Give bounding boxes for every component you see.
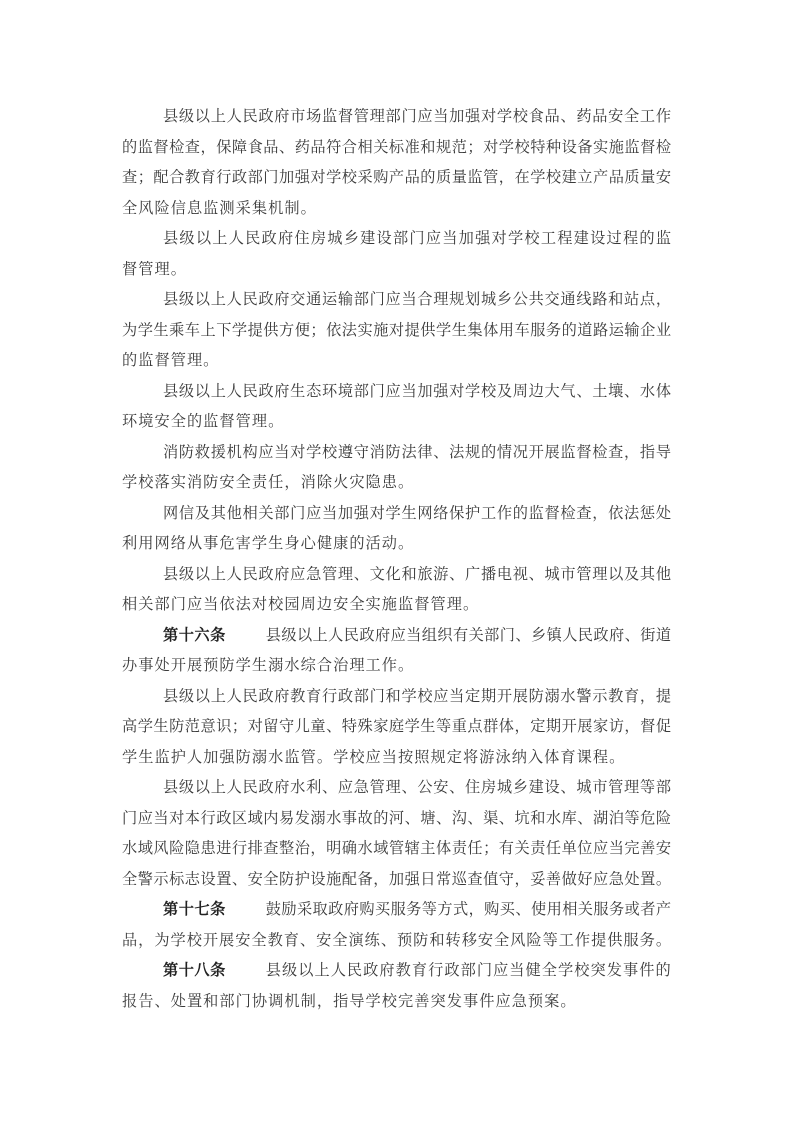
article-16-line-2: 办事处开展预防学生溺水综合治理工作。 [122,653,671,677]
article-number: 第十八条 [163,958,226,982]
article-18-line-1: 第十八条 县级以上人民政府教育行政部门应当健全学校突发事件的 [163,958,671,982]
paragraph-10-line-1: 县级以上人民政府水利、应急管理、公安、住房城乡建设、城市管理等部 [163,775,671,799]
article-number: 第十六条 [163,623,226,647]
paragraph-2-line-2: 督管理。 [122,257,671,281]
paragraph-1-line-4: 全风险信息监测采集机制。 [122,196,671,220]
paragraph-1-line-3: 查；配合教育行政部门加强对学校采购产品的质量监管，在学校建立产品质量安 [122,165,671,189]
paragraph-3-line-1: 县级以上人民政府交通运输部门应当合理规划城乡公共交通线路和站点， [163,287,671,311]
article-17-line-2: 品，为学校开展安全教育、安全演练、预防和转移安全风险等工作提供服务。 [122,928,671,952]
paragraph-9-line-1: 县级以上人民政府教育行政部门和学校应当定期开展防溺水警示教育，提 [163,684,671,708]
paragraph-10-line-2: 门应当对本行政区域内易发溺水事故的河、塘、沟、渠、坑和水库、湖泊等危险 [122,806,671,830]
paragraph-6-line-2: 利用网络从事危害学生身心健康的活动。 [122,531,671,555]
article-16-line-1: 第十六条 县级以上人民政府应当组织有关部门、乡镇人民政府、街道 [163,623,671,647]
paragraph-9-line-3: 学生监护人加强防溺水监管。学校应当按照规定将游泳纳入体育课程。 [122,745,671,769]
paragraph-3-line-2: 为学生乘车上下学提供方便；依法实施对提供学生集体用车服务的道路运输企业 [122,318,671,342]
paragraph-10-line-3: 水域风险隐患进行排查整治，明确水域管辖主体责任；有关责任单位应当完善安 [122,836,671,860]
article-17-line-1: 第十七条 鼓励采取政府购买服务等方式，购买、使用相关服务或者产 [163,897,671,921]
paragraph-5-line-2: 学校落实消防安全责任，消除火灾隐患。 [122,470,671,494]
article-17-text: 鼓励采取政府购买服务等方式，购买、使用相关服务或者产 [266,897,671,921]
paragraph-5-line-1: 消防救援机构应当对学校遵守消防法律、法规的情况开展监督检查，指导 [163,440,671,464]
paragraph-10-line-4: 全警示标志设置、安全防护设施配备，加强日常巡查值守，妥善做好应急处置。 [122,867,671,891]
document-page: 县级以上人民政府市场监督管理部门应当加强对学校食品、药品安全工作 的监督检查，保… [0,0,793,1122]
article-16-text: 县级以上人民政府应当组织有关部门、乡镇人民政府、街道 [266,623,671,647]
paragraph-4-line-1: 县级以上人民政府生态环境部门应当加强对学校及周边大气、土壤、水体 [163,379,671,403]
paragraph-1-line-1: 县级以上人民政府市场监督管理部门应当加强对学校食品、药品安全工作 [163,104,671,128]
paragraph-1-line-2: 的监督检查，保障食品、药品符合相关标准和规范；对学校特种设备实施监督检 [122,135,671,159]
paragraph-7-line-2: 相关部门应当依法对校园周边安全实施监督管理。 [122,592,671,616]
paragraph-3-line-3: 的监督管理。 [122,348,671,372]
paragraph-2-line-1: 县级以上人民政府住房城乡建设部门应当加强对学校工程建设过程的监 [163,226,671,250]
article-18-line-2: 报告、处置和部门协调机制，指导学校完善突发事件应急预案。 [122,989,671,1013]
paragraph-9-line-2: 高学生防范意识；对留守儿童、特殊家庭学生等重点群体，定期开展家访，督促 [122,714,671,738]
paragraph-4-line-2: 环境安全的监督管理。 [122,409,671,433]
paragraph-6-line-1: 网信及其他相关部门应当加强对学生网络保护工作的监督检查，依法惩处 [163,501,671,525]
article-18-text: 县级以上人民政府教育行政部门应当健全学校突发事件的 [266,958,672,982]
article-number: 第十七条 [163,897,226,921]
paragraph-7-line-1: 县级以上人民政府应急管理、文化和旅游、广播电视、城市管理以及其他 [163,562,671,586]
